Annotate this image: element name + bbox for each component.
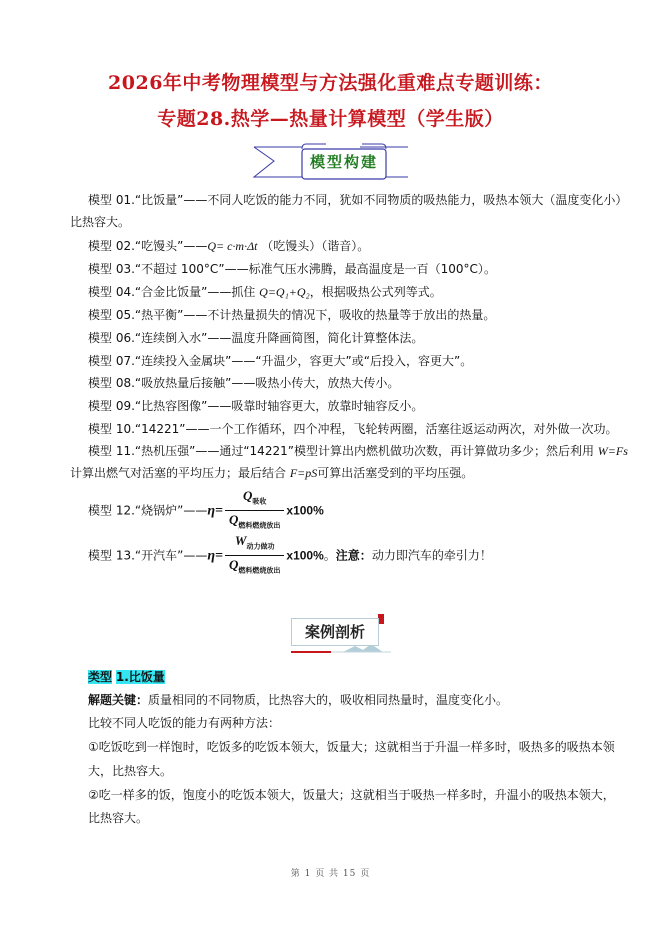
model-11-cont-suffix: 可算出活塞受到的平均压强。 xyxy=(317,466,473,480)
section-banner-model-build: 模型构建 xyxy=(246,143,416,183)
type1-method1: ①吃饭吃到一样饱时，吃饭多的吃饭本领大，饭量大；这就相当于升温一样多时，吸热多的… xyxy=(88,739,615,755)
page-number: 第 1 页 共 15 页 xyxy=(0,866,661,879)
model-04: 模型 04.“合金比饭量”——抓住 Q=Q₁+Q₂，根据吸热公式列等式。 xyxy=(88,284,442,300)
section-banner-label: 模型构建 xyxy=(302,149,386,175)
model-02: 模型 02.“吃馒头”——Q= c·m·Δt （吃馒头）（谐音）。 xyxy=(88,238,369,254)
model-13-num: W xyxy=(235,533,247,548)
model-08: 模型 08.“吸放热量后接触”——吸热小传大，放热大传小。 xyxy=(88,375,399,391)
model-13-den-sub: 燃料燃烧放出 xyxy=(238,566,280,574)
model-06: 模型 06.“连续倒入水”——温度升降画简图，简化计算整体法。 xyxy=(88,330,423,346)
case-banner-label: 案例剖析 xyxy=(291,618,379,646)
type1-intro: 比较不同人吃饭的能力有两种方法： xyxy=(88,715,280,731)
model-13-den: Q xyxy=(229,557,238,572)
model-12-prefix: 模型 12.“烧锅炉”—— xyxy=(88,504,207,518)
type1-tag-type: 类型 xyxy=(88,670,112,684)
model-11-cont: 计算出燃气对活塞的平均压力；最后结合 F=pS可算出活塞受到的平均压强。 xyxy=(70,465,473,481)
model-12-percent: x100% xyxy=(286,504,323,518)
model-13-note-label: 注意： xyxy=(336,549,372,563)
model-04-suffix: ，根据吸热公式列等式。 xyxy=(310,285,442,299)
type1-method1-cont: 大，比热容大。 xyxy=(88,763,172,779)
model-13-eta: η= xyxy=(207,549,223,564)
model-03: 模型 03.“不超过 100°C”——标准气压水沸腾，最高温度是一百（100°C… xyxy=(88,261,496,277)
model-13-note: 动力即汽车的牵引力！ xyxy=(372,549,492,563)
model-04-prefix: 模型 04.“合金比饭量”——抓住 xyxy=(88,285,259,299)
model-07: 模型 07.“连续投入金属块”——“升温少，容更大”或“后投入，容更大”。 xyxy=(88,353,472,369)
model-12-den-sub: 燃料燃烧放出 xyxy=(238,521,280,529)
model-11-cont-prefix: 计算出燃气对活塞的平均压力；最后结合 xyxy=(70,466,290,480)
model-04-formula: Q=Q₁+Q₂ xyxy=(259,285,310,299)
model-12-eta: η= xyxy=(207,504,223,519)
model-13-fraction: W动力做功Q燃料燃烧放出 xyxy=(225,533,284,579)
type1-method2-cont: 比热容大。 xyxy=(88,810,148,826)
model-13: 模型 13.“开汽车”——η=W动力做功Q燃料燃烧放出x100%。注意：动力即汽… xyxy=(88,533,492,579)
type1-method2: ②吃一样多的饭，饱度小的吃饭本领大，饭量大；这就相当于吸热一样多时，升温小的吸热… xyxy=(88,787,615,803)
type1-tag-name: 1.比饭量 xyxy=(116,670,165,684)
model-01-cont: 比热容大。 xyxy=(70,214,130,230)
model-11-prefix: 模型 11.“热机压强”——通过“14221”模型计算出内燃机做功次数，再计算做… xyxy=(88,444,598,458)
model-12-den: Q xyxy=(229,512,238,527)
type1-key: 解题关键：质量相同的不同物质，比热容大的，吸收相同热量时，温度变化小。 xyxy=(88,692,508,708)
model-11: 模型 11.“热机压强”——通过“14221”模型计算出内燃机做功次数，再计算做… xyxy=(88,443,628,459)
type1-key-text: 质量相同的不同物质，比热容大的，吸收相同热量时，温度变化小。 xyxy=(148,693,508,707)
model-09: 模型 09.“比热容图像”——吸靠时轴容更大，放靠时轴容反小。 xyxy=(88,398,423,414)
type1-heading: 类型 1.比饭量 xyxy=(88,669,165,685)
model-02-prefix: 模型 02.“吃馒头”—— xyxy=(88,239,207,253)
model-12-fraction: Q吸收Q燃料燃烧放出 xyxy=(225,488,284,534)
model-11-formula: W=Fs xyxy=(598,444,628,458)
model-12-num: Q xyxy=(243,488,252,503)
model-13-prefix: 模型 13.“开汽车”—— xyxy=(88,549,207,563)
document-title-line2: 专题28.热学—热量计算模型（学生版） xyxy=(0,104,661,131)
model-01: 模型 01.“比饭量”——不同人吃饭的能力不同，犹如不同物质的吸热能力，吸热本领… xyxy=(88,192,627,208)
section-banner-case-analysis: 案例剖析 xyxy=(283,612,393,657)
model-13-after: 。 xyxy=(324,549,336,563)
document-title-line1: 2026年中考物理模型与方法强化重难点专题训练： xyxy=(0,68,661,95)
model-02-suffix: （吃馒头）（谐音）。 xyxy=(257,239,369,253)
model-02-formula: Q= c·m·Δt xyxy=(207,239,257,253)
model-13-num-sub: 动力做功 xyxy=(246,543,274,551)
model-10: 模型 10.“14221”——一个工作循环，四个冲程，飞轮转两圈，活塞往返运动两… xyxy=(88,421,618,437)
model-12-num-sub: 吸收 xyxy=(252,498,266,506)
type1-key-label: 解题关键： xyxy=(88,693,148,707)
model-05: 模型 05.“热平衡”——不计热量损失的情况下，吸收的热量等于放出的热量。 xyxy=(88,307,495,323)
model-11-cont-formula: F=pS xyxy=(290,466,317,480)
model-13-percent: x100% xyxy=(286,549,323,563)
model-12: 模型 12.“烧锅炉”——η=Q吸收Q燃料燃烧放出x100% xyxy=(88,488,324,534)
